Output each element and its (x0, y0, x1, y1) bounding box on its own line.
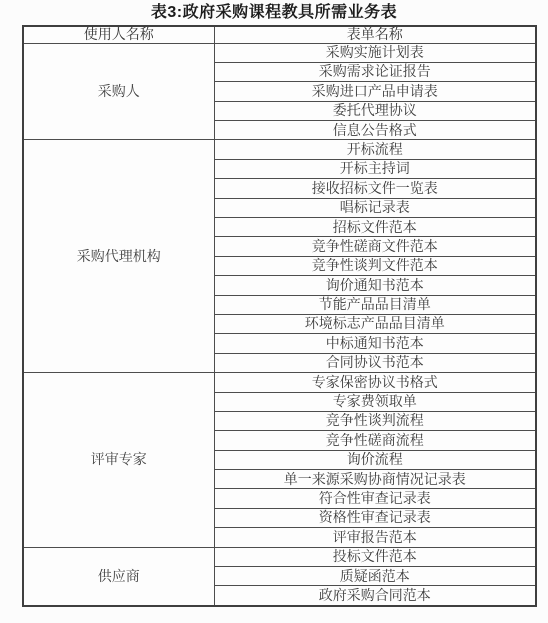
user-group-cell: 采购代理机构 (23, 140, 214, 373)
form-name-cell: 中标通知书范本 (214, 334, 536, 353)
table-row: 采购人采购实施计划表 (23, 43, 536, 62)
table-row: 采购代理机构开标流程 (23, 140, 536, 159)
user-group-cell: 评审专家 (23, 373, 214, 548)
business-forms-table: 使用人名称 表单名称 采购人采购实施计划表采购需求论证报告采购进口产品申请表委托… (22, 25, 537, 607)
form-name-cell: 竞争性谈判文件范本 (214, 256, 536, 275)
form-name-cell: 专家费领取单 (214, 392, 536, 411)
table-row: 供应商投标文件范本 (23, 547, 536, 566)
table-row: 评审专家专家保密协议书格式 (23, 373, 536, 392)
table-title: 表3:政府采购课程教具所需业务表 (0, 0, 548, 23)
form-name-cell: 合同协议书范本 (214, 353, 536, 372)
document-page: 表3:政府采购课程教具所需业务表 使用人名称 表单名称 采购人采购实施计划表采购… (0, 0, 548, 623)
form-name-cell: 接收招标文件一览表 (214, 179, 536, 198)
form-name-cell: 环境标志产品品目清单 (214, 314, 536, 333)
form-name-cell: 招标文件范本 (214, 218, 536, 237)
form-name-cell: 竞争性磋商文件范本 (214, 237, 536, 256)
form-name-cell: 询价流程 (214, 450, 536, 469)
user-group-cell: 采购人 (23, 43, 214, 140)
form-name-cell: 符合性审查记录表 (214, 489, 536, 508)
form-name-cell: 专家保密协议书格式 (214, 373, 536, 392)
form-name-cell: 信息公告格式 (214, 121, 536, 140)
form-name-cell: 开标主持词 (214, 159, 536, 178)
form-name-cell: 政府采购合同范本 (214, 586, 536, 606)
column-header-form-name: 表单名称 (214, 26, 536, 43)
table-header: 使用人名称 表单名称 (23, 26, 536, 43)
form-name-cell: 节能产品品目清单 (214, 295, 536, 314)
form-name-cell: 委托代理协议 (214, 101, 536, 120)
form-name-cell: 采购实施计划表 (214, 43, 536, 62)
header-row: 使用人名称 表单名称 (23, 26, 536, 43)
user-group-cell: 供应商 (23, 547, 214, 606)
form-name-cell: 唱标记录表 (214, 198, 536, 217)
form-name-cell: 竞争性磋商流程 (214, 431, 536, 450)
form-name-cell: 投标文件范本 (214, 547, 536, 566)
form-name-cell: 单一来源采购协商情况记录表 (214, 470, 536, 489)
form-name-cell: 采购需求论证报告 (214, 62, 536, 81)
form-name-cell: 资格性审查记录表 (214, 508, 536, 527)
form-name-cell: 采购进口产品申请表 (214, 82, 536, 101)
column-header-user-name: 使用人名称 (23, 26, 214, 43)
form-name-cell: 评审报告范本 (214, 528, 536, 547)
table-body: 采购人采购实施计划表采购需求论证报告采购进口产品申请表委托代理协议信息公告格式采… (23, 43, 536, 606)
form-name-cell: 质疑函范本 (214, 567, 536, 586)
form-name-cell: 竞争性谈判流程 (214, 411, 536, 430)
form-name-cell: 询价通知书范本 (214, 276, 536, 295)
form-name-cell: 开标流程 (214, 140, 536, 159)
